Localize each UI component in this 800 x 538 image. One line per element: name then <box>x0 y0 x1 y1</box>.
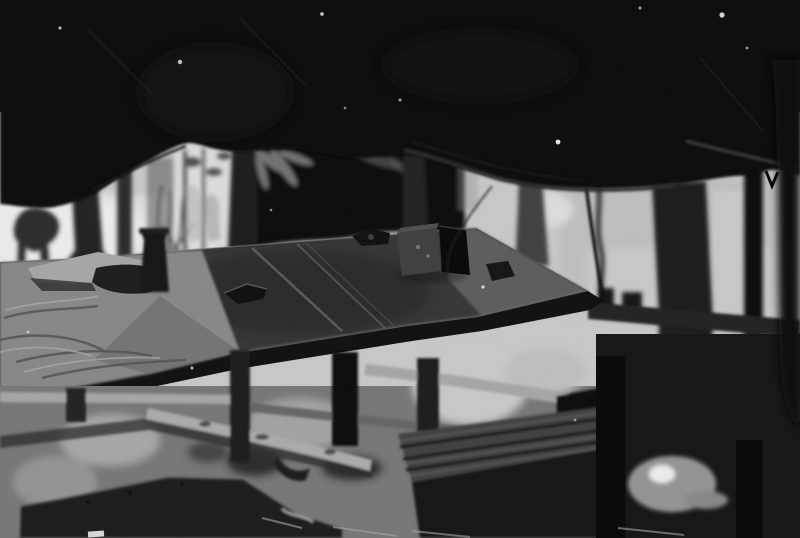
film-artifacts <box>0 0 800 538</box>
film-grain-overlay <box>0 0 800 538</box>
photograph-canvas <box>0 0 800 538</box>
photo-frame <box>0 0 800 538</box>
